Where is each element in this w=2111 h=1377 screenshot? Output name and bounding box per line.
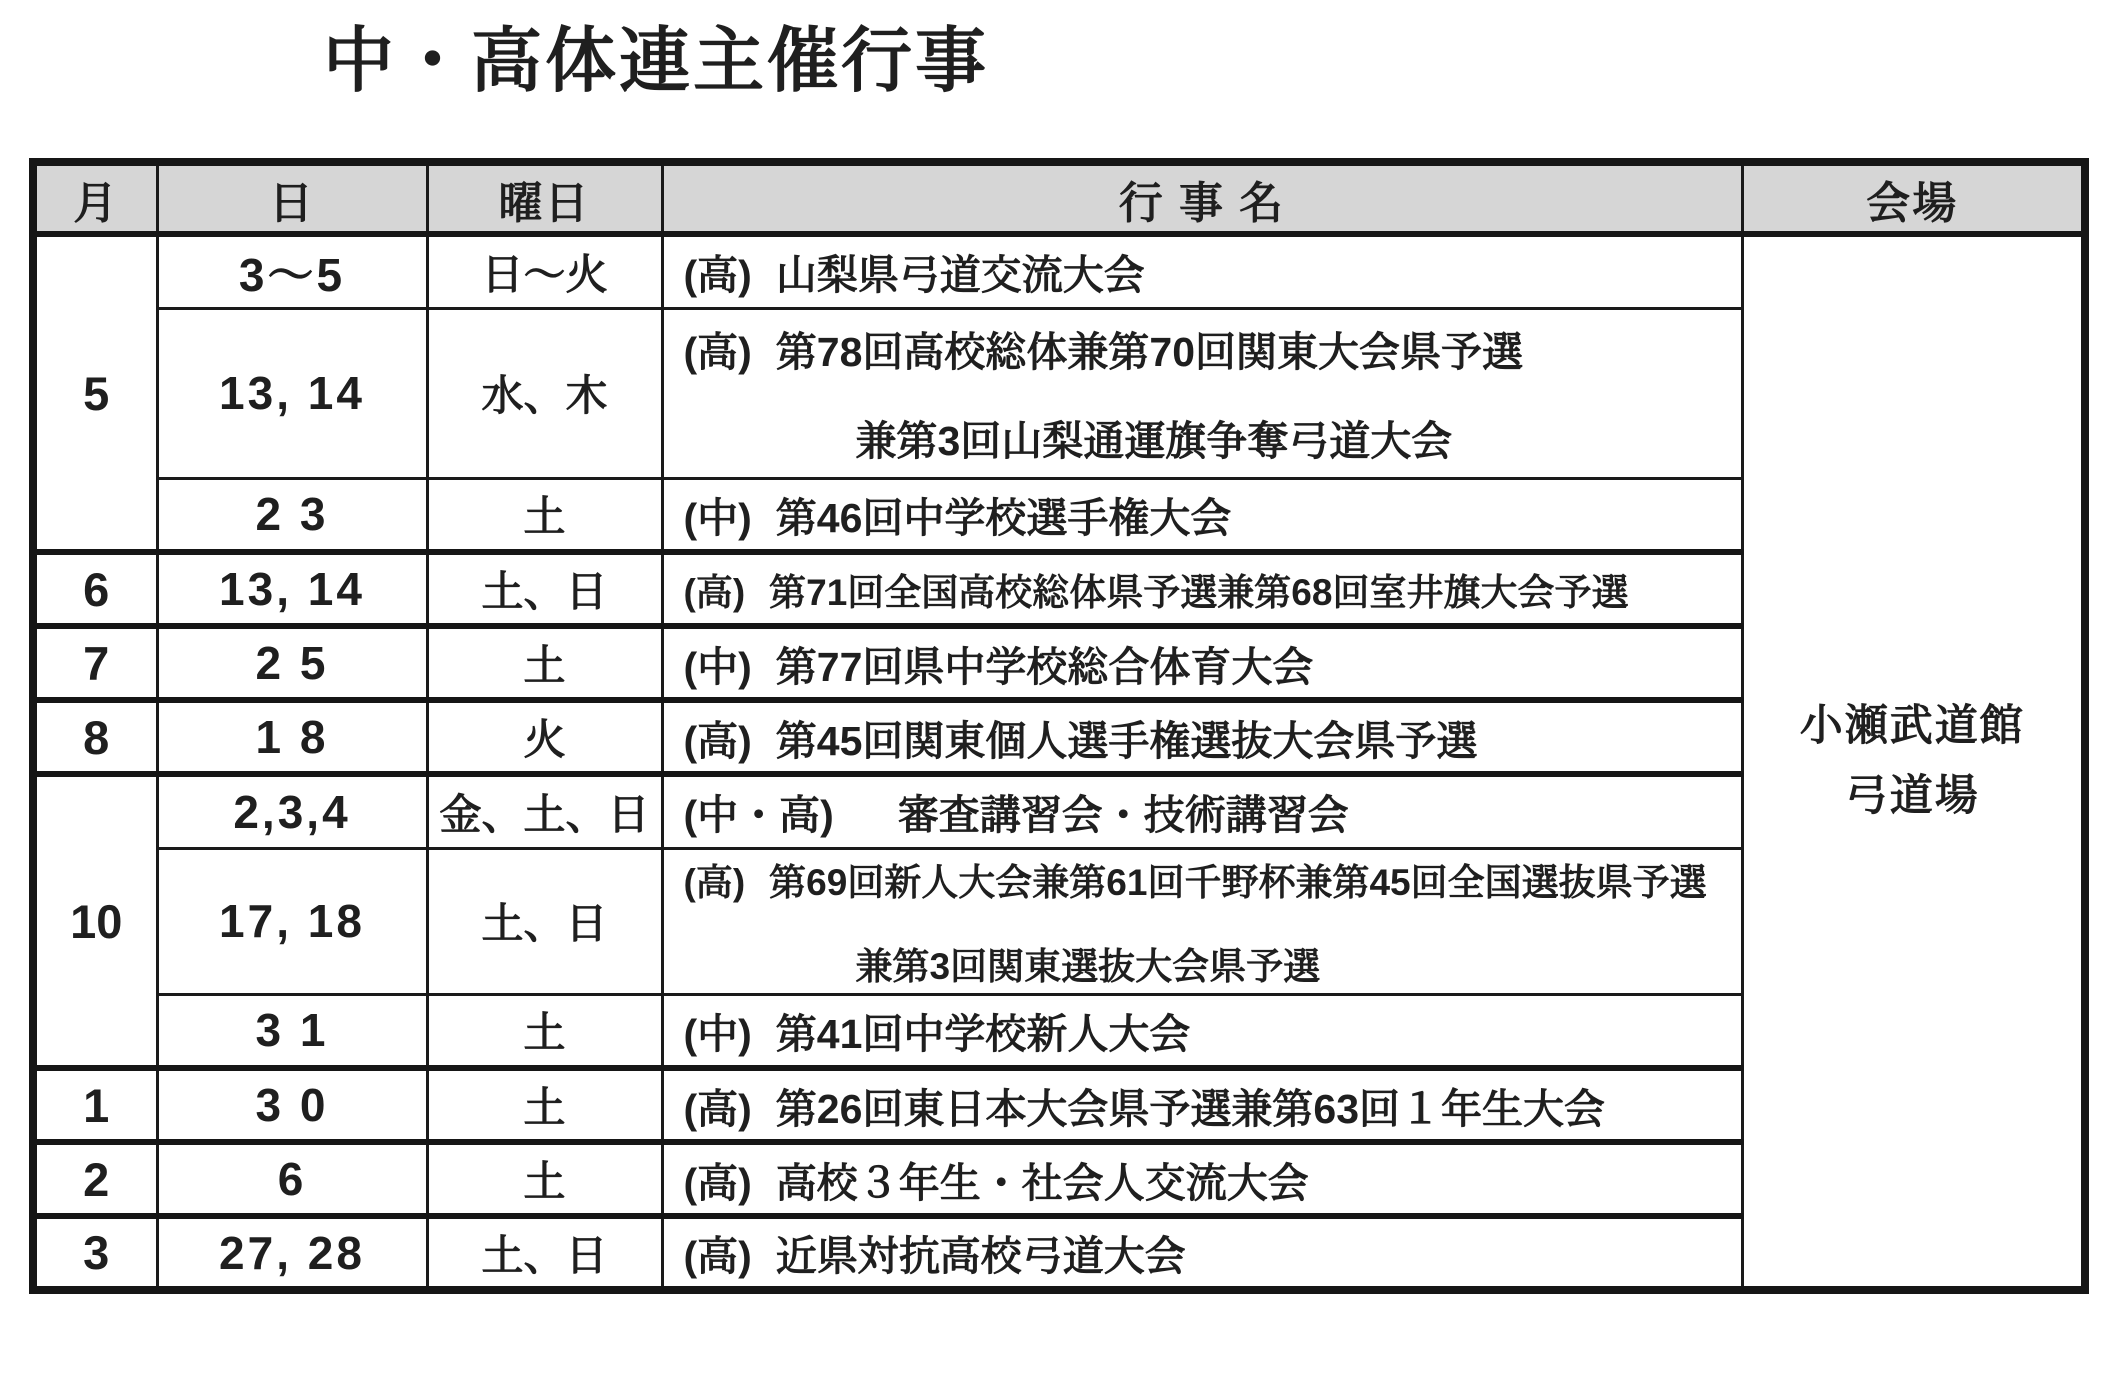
weekday-cell: 土、日 bbox=[427, 848, 662, 994]
day-cell: 3〜5 bbox=[157, 234, 427, 308]
event-category: (高) bbox=[684, 329, 752, 375]
event-cell: (中・高)審査講習会・技術講習会 bbox=[662, 774, 1742, 848]
col-header-day: 日 bbox=[157, 162, 427, 234]
event-cell: (高)高校３年生・社会人交流大会 bbox=[662, 1142, 1742, 1216]
event-cell: (高)第26回東日本大会県予選兼第63回１年生大会 bbox=[662, 1068, 1742, 1142]
event-name: 第78回高校総体兼第70回関東大会県予選 bbox=[776, 329, 1523, 375]
event-cell: (高)第45回関東個人選手権選抜大会県予選 bbox=[662, 700, 1742, 774]
day-cell: 1 8 bbox=[157, 700, 427, 774]
month-cell: 6 bbox=[33, 552, 157, 626]
event-category: (中) bbox=[684, 644, 752, 690]
event-cell: (高)第71回全国高校総体県予選兼第68回室井旗大会予選 bbox=[662, 552, 1742, 626]
day-cell: 6 bbox=[157, 1142, 427, 1216]
weekday-cell: 水、木 bbox=[427, 308, 662, 478]
event-name: 審査講習会・技術講習会 bbox=[898, 792, 1349, 838]
day-cell: 17, 18 bbox=[157, 848, 427, 994]
weekday-cell: 土、日 bbox=[427, 1216, 662, 1290]
day-cell: 13, 14 bbox=[157, 308, 427, 478]
weekday-cell: 金、土、日 bbox=[427, 774, 662, 848]
day-cell: 2 5 bbox=[157, 626, 427, 700]
event-category: (高) bbox=[684, 718, 752, 764]
event-name: 第45回関東個人選手権選抜大会県予選 bbox=[776, 718, 1478, 764]
col-header-venue: 会場 bbox=[1742, 162, 2085, 234]
event-category: (中・高) bbox=[684, 792, 834, 838]
event-name: 山梨県弓道交流大会 bbox=[776, 252, 1145, 298]
col-header-event: 行 事 名 bbox=[662, 162, 1742, 234]
weekday-cell: 土 bbox=[427, 1068, 662, 1142]
event-schedule-table: 月 日 曜日 行 事 名 会場 5 3〜5 日〜火 (高)山梨県弓道交流大会 小… bbox=[29, 158, 2089, 1294]
event-name: 高校３年生・社会人交流大会 bbox=[776, 1160, 1309, 1206]
weekday-cell: 土 bbox=[427, 478, 662, 552]
day-cell: 2,3,4 bbox=[157, 774, 427, 848]
event-name: 第77回県中学校総合体育大会 bbox=[776, 644, 1314, 690]
event-name: 第41回中学校新人大会 bbox=[776, 1011, 1191, 1057]
day-cell: 2 3 bbox=[157, 478, 427, 552]
event-name: 第46回中学校選手権大会 bbox=[776, 495, 1232, 541]
venue-name-line2: 弓道場 bbox=[1744, 762, 2082, 832]
event-cell: (中)第77回県中学校総合体育大会 bbox=[662, 626, 1742, 700]
weekday-cell: 土 bbox=[427, 626, 662, 700]
day-cell: 3 0 bbox=[157, 1068, 427, 1142]
table-row: 5 3〜5 日〜火 (高)山梨県弓道交流大会 小瀬武道館 弓道場 bbox=[33, 234, 2085, 308]
event-category: (高) bbox=[684, 1086, 752, 1132]
header-row: 月 日 曜日 行 事 名 会場 bbox=[33, 162, 2085, 234]
event-category: (高) bbox=[684, 1233, 752, 1279]
month-cell: 8 bbox=[33, 700, 157, 774]
weekday-cell: 火 bbox=[427, 700, 662, 774]
event-category: (高) bbox=[684, 572, 746, 613]
month-cell: 3 bbox=[33, 1216, 157, 1290]
event-cell: (高)山梨県弓道交流大会 bbox=[662, 234, 1742, 308]
weekday-cell: 日〜火 bbox=[427, 234, 662, 308]
page-title: 中・高体連主催行事 bbox=[323, 4, 989, 106]
event-name: 第69回新人大会兼第61回千野杯兼第45回全国選抜県予選 bbox=[769, 862, 1706, 903]
event-cell: (高)第69回新人大会兼第61回千野杯兼第45回全国選抜県予選 兼第3回関東選抜… bbox=[662, 848, 1742, 994]
month-cell: 1 bbox=[33, 1068, 157, 1142]
event-cell: (高)近県対抗高校弓道大会 bbox=[662, 1216, 1742, 1290]
event-name-line2: 兼第3回関東選抜大会県予選 bbox=[856, 936, 1741, 990]
event-category: (中) bbox=[684, 495, 752, 541]
weekday-cell: 土 bbox=[427, 994, 662, 1068]
event-category: (高) bbox=[684, 1160, 752, 1206]
day-cell: 13, 14 bbox=[157, 552, 427, 626]
event-category: (高) bbox=[684, 862, 746, 903]
scanned-document-page: { "title": "中・高体連主催行事", "table": { "head… bbox=[0, 0, 2111, 1377]
event-name: 第26回東日本大会県予選兼第63回１年生大会 bbox=[776, 1086, 1605, 1132]
month-cell: 2 bbox=[33, 1142, 157, 1216]
month-cell: 5 bbox=[33, 234, 157, 552]
event-cell: (中)第41回中学校新人大会 bbox=[662, 994, 1742, 1068]
event-category: (高) bbox=[684, 252, 752, 298]
weekday-cell: 土、日 bbox=[427, 552, 662, 626]
event-cell: (高)第78回高校総体兼第70回関東大会県予選 兼第3回山梨通運旗争奪弓道大会 bbox=[662, 308, 1742, 478]
weekday-cell: 土 bbox=[427, 1142, 662, 1216]
event-name: 近県対抗高校弓道大会 bbox=[776, 1233, 1186, 1279]
venue-name-line1: 小瀬武道館 bbox=[1744, 692, 2082, 762]
col-header-weekday: 曜日 bbox=[427, 162, 662, 234]
col-header-month: 月 bbox=[33, 162, 157, 234]
event-name-line2: 兼第3回山梨通運旗争奪弓道大会 bbox=[856, 408, 1741, 467]
venue-cell: 小瀬武道館 弓道場 bbox=[1742, 234, 2085, 1290]
day-cell: 27, 28 bbox=[157, 1216, 427, 1290]
day-cell: 3 1 bbox=[157, 994, 427, 1068]
event-name: 第71回全国高校総体県予選兼第68回室井旗大会予選 bbox=[769, 572, 1628, 613]
month-cell: 7 bbox=[33, 626, 157, 700]
event-category: (中) bbox=[684, 1011, 752, 1057]
month-cell: 10 bbox=[33, 774, 157, 1068]
event-cell: (中)第46回中学校選手権大会 bbox=[662, 478, 1742, 552]
